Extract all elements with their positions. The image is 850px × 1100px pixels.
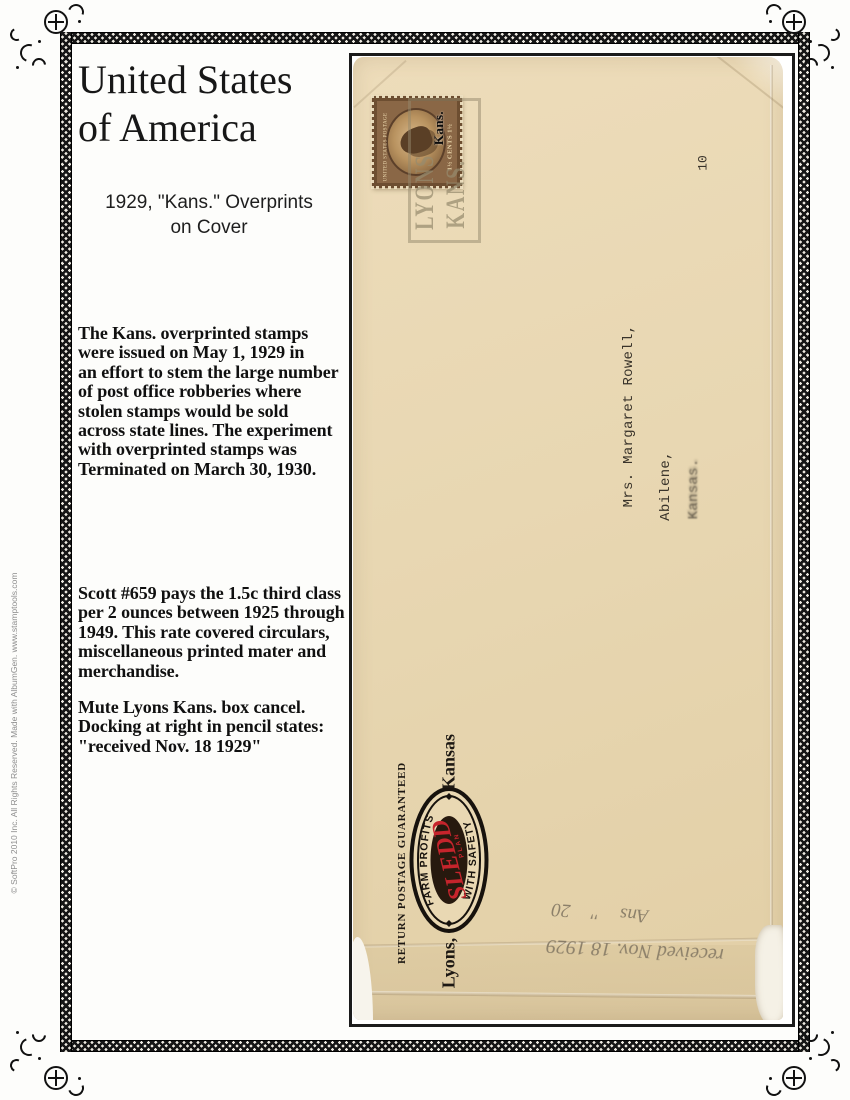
return-postage-guaranteed-text: RETURN POSTAGE GUARANTEED — [396, 762, 408, 964]
corner-ornament-top-left — [8, 0, 82, 74]
rosette-icon — [44, 10, 68, 34]
border-band-right — [798, 32, 810, 1052]
sledd-plan-logo: FARM PROFITS WITH SAFETY SLEDD PLAN — [409, 785, 489, 935]
torn-edge-right — [755, 925, 783, 1020]
crease-line-vertical — [770, 65, 773, 945]
return-address-city: Lyons, — [439, 938, 460, 989]
album-text-paragraph-2: Scott #659 pays the 1.5c third class per… — [78, 584, 354, 681]
rosette-icon — [782, 10, 806, 34]
border-band-left — [60, 32, 72, 1052]
flourish-icon — [65, 1, 86, 22]
copyright-notice: © SoftPro 2010 Inc. All Rights Reserved.… — [9, 573, 19, 894]
pencil-docket-line-1: Ans '' 20 — [551, 898, 649, 927]
envelope: UNITED STATES POSTAGE 1½ CENTS 1½ Kans. … — [353, 57, 783, 1020]
album-text-paragraph-3: Mute Lyons Kans. box cancel. Docking at … — [78, 698, 354, 756]
cancel-town: LYONS — [410, 154, 440, 230]
corner-ornament-bottom-right — [768, 1026, 842, 1100]
album-text-paragraph-1: The Kans. overprinted stamps were issued… — [78, 324, 354, 479]
flourish-icon — [8, 26, 25, 43]
address-line-3-smudged: Kansas. — [686, 459, 702, 520]
address-line-2: Abilene, — [658, 451, 674, 521]
border-band-top — [60, 32, 810, 44]
corner-ornament-bottom-left — [8, 1026, 82, 1100]
page-subtitle: 1929, "Kans." Overprints on Cover — [78, 190, 340, 240]
return-address-state: Kansas — [439, 734, 460, 790]
cancel-state: KANS. — [441, 159, 471, 228]
border-band-bottom — [60, 1040, 810, 1052]
page-title: United States of America — [78, 56, 292, 152]
rosette-icon — [44, 1066, 68, 1090]
rosette-icon — [782, 1066, 806, 1090]
typed-file-number: 10 — [696, 155, 711, 171]
stamp-inscription: UNITED STATES POSTAGE — [384, 113, 389, 182]
address-line-1: Mrs. Margaret Rowell, — [621, 325, 637, 508]
